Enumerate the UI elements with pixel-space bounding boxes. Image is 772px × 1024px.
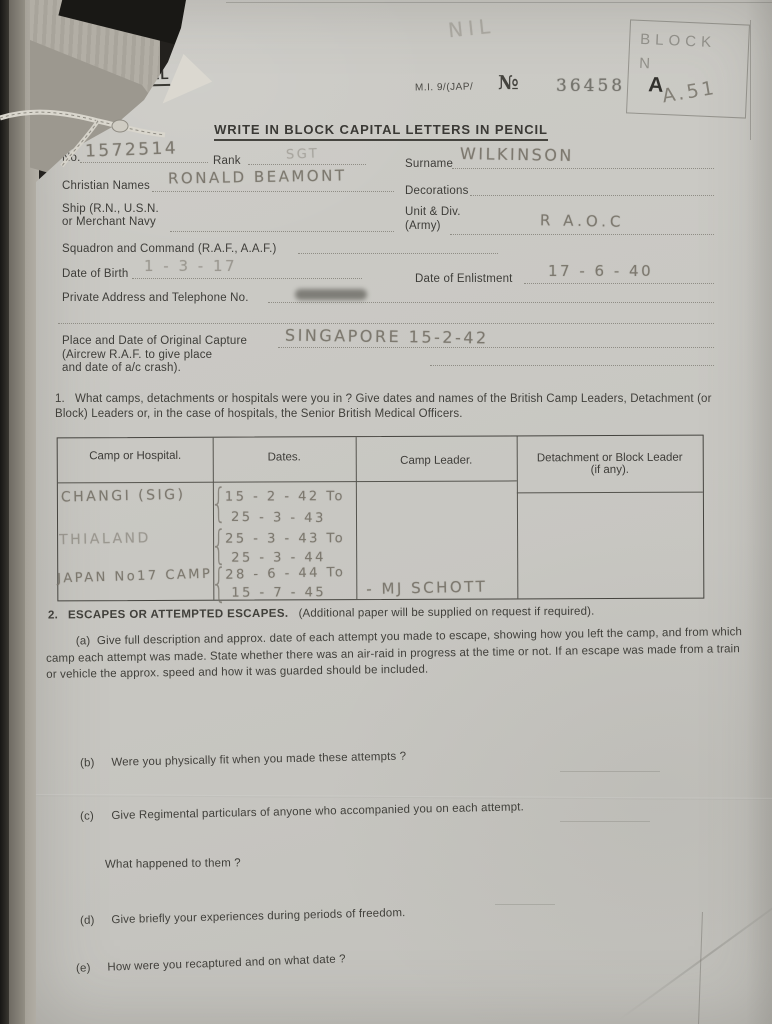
hw-dates-3b: 15 - 7 - 45 xyxy=(231,585,326,600)
field-label-address: Private Address and Telephone No. xyxy=(62,292,249,304)
field-value-rank: SGT xyxy=(286,146,320,162)
table-header-dates: Dates. xyxy=(213,451,356,464)
field-label-enlistment: Date of Enlistment xyxy=(415,273,513,285)
field-label-squadron: Squadron and Command (R.A.F., A.A.F.) xyxy=(62,243,277,255)
no-symbol: № xyxy=(498,72,519,94)
hw-dates-1b: 25 - 3 - 43 xyxy=(231,510,326,526)
question-2-note: (Additional paper will be supplied on re… xyxy=(299,606,595,620)
paper-mark-1 xyxy=(560,770,660,772)
question-2-heading: 2. ESCAPES OR ATTEMPTED ESCAPES. (Additi… xyxy=(48,604,758,624)
q2-item-d-text: Give briefly your experiences during per… xyxy=(111,907,405,926)
block-stamp-box: BLOCK N A A.51 xyxy=(626,19,750,118)
page-top-edge xyxy=(226,2,772,3)
field-line-rank xyxy=(248,163,366,165)
field-line-decorations xyxy=(470,194,714,196)
under-page-edge-bottom xyxy=(698,912,703,1024)
question-1-number: 1. xyxy=(55,393,65,405)
field-line-address xyxy=(268,301,714,303)
field-line-unit xyxy=(450,233,714,235)
q2-item-c-label: (c) xyxy=(80,810,108,823)
ref-code: M.I. 9/(JAP/ xyxy=(415,81,473,93)
field-line-address-2 xyxy=(58,322,714,324)
q2-item-a: (a) Give full description and approx. da… xyxy=(46,624,747,683)
paper-mark-2 xyxy=(560,820,650,822)
hw-dates-2a: 25 - 3 - 43 To xyxy=(225,531,345,547)
table-header-block-leader: Detachment or Block Leader (if any). xyxy=(535,452,685,477)
field-label-capture-3: and date of a/c crash). xyxy=(62,362,181,374)
serial-number-stamp: 36458 xyxy=(556,76,625,96)
field-label-decorations: Decorations xyxy=(405,185,469,197)
page-right-shading xyxy=(746,0,772,1024)
field-line-capture-2 xyxy=(430,364,714,366)
q2-item-d: (d) Give briefly your experiences during… xyxy=(80,907,406,927)
hw-dates-2b: 25 - 3 - 44 xyxy=(231,550,326,565)
field-line-dob xyxy=(132,277,362,279)
q2-item-a-text: Give full description and approx. date o… xyxy=(46,626,742,681)
form-title: WRITE IN BLOCK CAPITAL LETTERS IN PENCIL xyxy=(186,122,576,137)
q2-item-c-text: Give Regimental particulars of anyone wh… xyxy=(111,801,524,822)
paper-crease-horizontal xyxy=(36,794,772,800)
field-line-ship xyxy=(170,230,394,232)
q2-item-b-label: (b) xyxy=(80,757,108,770)
scanned-document: ONFIDENTIAL M.I. 9/(JAP/ № 36458 NIL BLO… xyxy=(0,0,772,1024)
field-label-capture-1: Place and Date of Original Capture xyxy=(62,335,247,347)
stamp-handwritten-a51: A.51 xyxy=(661,77,719,108)
field-line-enlistment xyxy=(524,282,714,284)
q2-item-e-label: (e) xyxy=(76,962,104,975)
field-label-capture-2: (Aircrew R.A.F. to give place xyxy=(62,349,212,361)
smudge-mark xyxy=(295,289,367,300)
field-label-ship-1: Ship (R.N., U.S.N. xyxy=(62,203,159,215)
q2-item-c: (c) Give Regimental particulars of anyon… xyxy=(80,801,524,822)
hw-dates-1a: 15 - 2 - 42 To xyxy=(225,489,345,505)
field-value-enlistment: 17 - 6 - 40 xyxy=(548,262,653,280)
table-header-camp: Camp or Hospital. xyxy=(58,450,213,463)
table-header-underline-2 xyxy=(517,492,703,494)
field-label-unit-1: Unit & Div. xyxy=(405,206,461,218)
table-header-leader: Camp Leader. xyxy=(356,454,517,467)
page-edge-line xyxy=(750,20,751,140)
q2-item-d-label: (d) xyxy=(80,914,108,927)
question-2-number: 2. xyxy=(48,609,58,621)
field-label-dob: Date of Birth xyxy=(62,268,129,280)
paper-mark-3 xyxy=(495,903,555,905)
stamp-word-block: BLOCK xyxy=(640,31,717,51)
q2-item-b-text: Were you physically fit when you made th… xyxy=(111,751,406,769)
question-1: 1. What camps, detachments or hospitals … xyxy=(55,392,747,422)
field-value-capture: SINGAPORE 15-2-42 xyxy=(285,326,489,348)
hw-camp-1: CHANGI (SIG) xyxy=(61,487,186,506)
stamp-letter-n: N xyxy=(639,55,656,73)
table-header-underline-1 xyxy=(58,480,517,483)
field-label-surname: Surname xyxy=(405,158,453,170)
hw-camp-2: THIALAND xyxy=(59,530,151,548)
q2-item-e-text: How were you recaptured and on what date… xyxy=(107,953,346,973)
q2-item-c-followup-text: What happened to them ? xyxy=(105,857,241,870)
field-value-dob: 1 - 3 - 17 xyxy=(144,257,237,275)
hw-dates-3a: 28 - 6 - 44 To xyxy=(225,565,345,583)
field-value-unit: R A.O.C xyxy=(540,211,625,230)
field-value-surname: WILKINSON xyxy=(460,144,574,165)
hw-leader-3: - MJ SCHOTT xyxy=(366,577,487,598)
hw-camp-3: JAPAN No17 CAMP xyxy=(57,567,213,587)
nil-annotation: NIL xyxy=(447,14,496,43)
binding-string xyxy=(0,90,220,200)
q2-item-a-label: (a) xyxy=(76,635,91,647)
camps-table: Camp or Hospital. Dates. Camp Leader. De… xyxy=(57,435,705,602)
q2-item-c-followup: What happened to them ? xyxy=(105,857,241,870)
field-line-squadron xyxy=(298,252,498,254)
q2-item-b: (b) Were you physically fit when you mad… xyxy=(80,751,406,770)
field-label-ship-2: or Merchant Navy xyxy=(62,216,156,228)
field-line-capture-1 xyxy=(278,346,714,348)
table-vline-3 xyxy=(517,436,519,598)
q2-item-e: (e) How were you recaptured and on what … xyxy=(76,953,346,974)
field-line-surname xyxy=(452,167,714,169)
form-title-text: WRITE IN BLOCK CAPITAL LETTERS IN PENCIL xyxy=(214,122,548,141)
question-2-title: ESCAPES OR ATTEMPTED ESCAPES. xyxy=(68,608,289,622)
question-1-text: What camps, detachments or hospitals wer… xyxy=(55,393,712,420)
field-label-unit-2: (Army) xyxy=(405,220,441,232)
